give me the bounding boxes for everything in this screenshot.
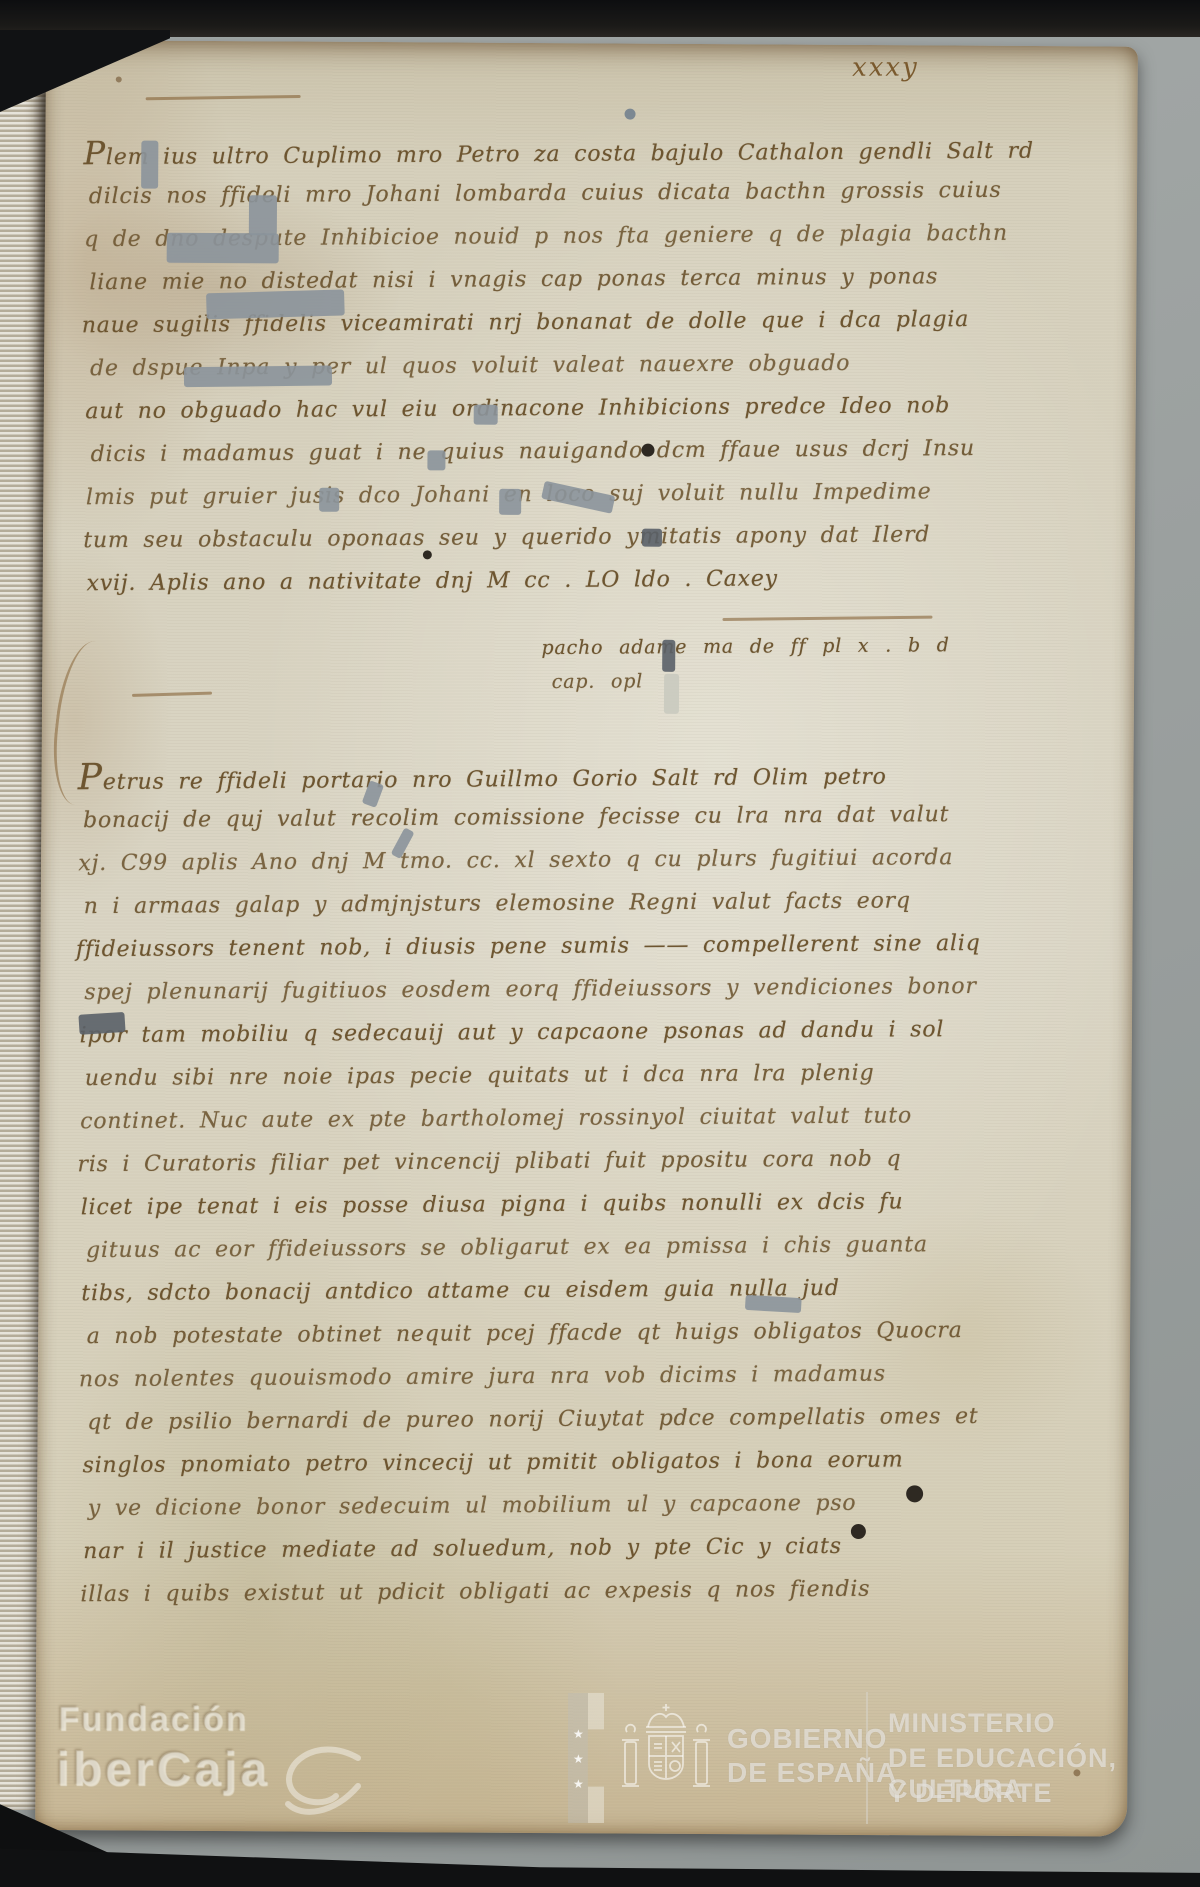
- manuscript-line: xvij. Aplis ano a nativitate dnj M cc . …: [86, 556, 986, 605]
- ink-hole: [906, 1485, 923, 1502]
- repair-patch: [167, 233, 279, 264]
- manuscript-scan: xxxy Plem ius ultro Cuplimo mro Petro za…: [0, 0, 1200, 1887]
- manuscript-line: Petrus re ffideli portario nro Guillmo G…: [78, 750, 978, 799]
- manuscript-line: aut no obguado hac vul eiu ordinacone In…: [85, 384, 985, 433]
- repair-patch: [184, 365, 332, 387]
- paragraph-1: Plem ius ultro Cuplimo mro Petro za cost…: [83, 126, 986, 605]
- manuscript-line: spej plenunarij fugitiuos eosdem eorq ff…: [84, 965, 979, 1014]
- manuscript-line: qt de psilio bernardi de pureo norij Ciu…: [87, 1395, 982, 1444]
- manuscript-line: Plem ius ultro Cuplimo mro Petro za cost…: [83, 126, 983, 175]
- manuscript-line: singlos pnomiato petro vincecij ut pmiti…: [82, 1438, 982, 1487]
- ink-hole: [625, 109, 636, 120]
- manuscript-line: illas i quibs existut ut pdicit obligati…: [80, 1567, 983, 1616]
- manuscript-line: bonacij de quj valut recolim comissione …: [83, 793, 978, 842]
- manuscript-line: lmis put gruier jusis dco Johani en loco…: [86, 470, 986, 519]
- manuscript-line: n i armaas galap y admjnjsturs elemosine…: [84, 879, 979, 928]
- manuscript-line: continet. Nuc aute ex pte bartholomej ro…: [80, 1094, 980, 1143]
- repair-patch: [662, 640, 675, 672]
- repair-patch: [206, 289, 345, 319]
- repair-patch: [642, 529, 662, 547]
- manuscript-line: nos nolentes quouismodo amire jura nra v…: [79, 1352, 982, 1401]
- manuscript-line: nar i il justice mediate ad soluedum, no…: [83, 1524, 983, 1573]
- manuscript-line: gituus ac eor ffideiussors se obligarut …: [86, 1223, 981, 1272]
- ink-hole: [423, 550, 432, 559]
- manuscript-line: dilcis nos ffideli mro Johani lombarda c…: [89, 169, 984, 218]
- ink-hole: [851, 1524, 866, 1539]
- manuscript-line: a nob potestate obtinet nequit pcej ffac…: [87, 1309, 982, 1358]
- ink-hole: [641, 444, 654, 457]
- repair-patch: [499, 489, 521, 515]
- manuscript-line: ffideiussors tenent nob, i diusis pene s…: [76, 922, 979, 971]
- manuscript-line: ipor tam mobiliu q sedecauij aut y capca…: [79, 1008, 979, 1057]
- repair-patch: [427, 450, 445, 470]
- foxing-speck: [116, 76, 122, 82]
- manuscript-line: cap. opl: [552, 661, 1102, 699]
- folio-number: xxxy: [852, 52, 919, 82]
- manuscript-line: tum seu obstaculu oponaas seu y querido …: [83, 513, 986, 562]
- scanner-bottom-band: [0, 1840, 1200, 1887]
- manuscript-page: xxxy Plem ius ultro Cuplimo mro Petro za…: [35, 40, 1138, 1837]
- paragraph-2: Petrus re ffideli portario nro Guillmo G…: [78, 750, 984, 1616]
- marginal-note: pacho adame ma de ff pl x . b d cap. opl: [541, 627, 1101, 699]
- repair-patch: [474, 405, 498, 425]
- manuscript-line: ris i Curatoris filiar pet vincencij pli…: [77, 1137, 980, 1186]
- repair-patch: [141, 141, 158, 189]
- repair-patch: [249, 195, 277, 235]
- manuscript-line: licet ipe tenat i eis posse diusa pigna …: [81, 1180, 981, 1229]
- foxing-speck: [1073, 1769, 1080, 1776]
- manuscript-line: y ve dicione bonor sedecuim ul mobilium …: [88, 1481, 983, 1530]
- manuscript-line: xj. C99 aplis Ano dnj M tmo. cc. xl sext…: [78, 836, 978, 885]
- manuscript-line: uendu sibi nre noie ipas pecie quitats u…: [85, 1051, 980, 1100]
- repair-patch: [745, 1295, 802, 1313]
- manuscript-line: tibs, sdcto bonacij antdico attame cu ei…: [81, 1266, 981, 1315]
- repair-patch: [319, 488, 339, 512]
- repair-patch: [78, 1012, 125, 1035]
- manuscript-line: pacho adame ma de ff pl x . b d: [541, 627, 1101, 665]
- scanner-top-band: [0, 0, 1200, 37]
- manuscript-line: dicis i madamus guat i ne quius nauigand…: [91, 427, 986, 476]
- repair-patch: [664, 674, 679, 714]
